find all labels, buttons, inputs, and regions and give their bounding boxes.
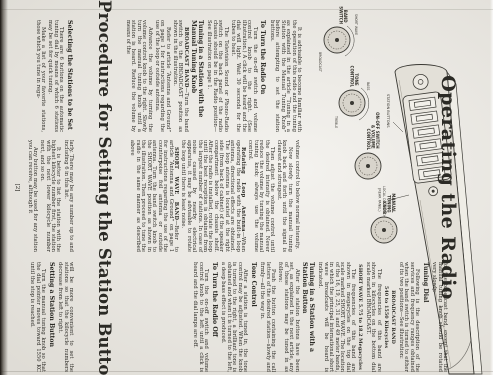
centered-line: BROADCAST BAND — [390, 262, 396, 372]
band-arc-lower-label: BROADCAST — [318, 52, 322, 72]
paragraph: will be more convenient to set the stati… — [57, 262, 73, 372]
station-buttons-leader — [393, 122, 403, 132]
paragraph: Now slowly turn the manual tuning knob b… — [276, 140, 292, 252]
paragraph: The frequencies of this band are shown i… — [317, 262, 355, 372]
paragraph: Refer to article “Antenna and Ground” on… — [153, 20, 169, 132]
paragraph: After a station is tuned in, the tone co… — [220, 262, 247, 372]
paragraph: Following is the description of the serv… — [397, 262, 419, 372]
column-3-bottom: will be more convenient to set the stati… — [27, 262, 73, 372]
sub-heading: Tuning in a Station with a Station Butto… — [300, 262, 314, 372]
sub-heading: Tuning in a Station with the Manual Tuni… — [189, 20, 203, 132]
paragraph: Make a list of your favorite stations, t… — [35, 20, 46, 132]
paragraph: volume control to below normal intensity… — [294, 140, 299, 252]
band-switch-knob: SHORT WAVE BROADCAST BAND SWITCH — [318, 6, 358, 72]
column-1-top: It is advisable to become familiar with … — [123, 20, 301, 132]
band-arc-upper-label: SHORT WAVE — [354, 14, 358, 35]
paragraph: Turn the on-off switch and volume contro… — [229, 20, 256, 132]
paragraph: Rotating Loop Antenna—When operating the… — [180, 140, 245, 252]
paragraph: It is better to list the station with th… — [39, 140, 61, 252]
on-off-volume-knob: ON-OFF SWITCH & VOLUME CONTROL — [355, 112, 381, 179]
paragraph: Then adjust the volume control until the… — [247, 140, 274, 252]
manual-page: STATION BUTTONS 540-108 LOCAL DX SWITCH … — [0, 0, 493, 375]
paragraph: Advance the volume by turning the volume… — [124, 20, 151, 132]
on-off-volume-label: ON-OFF SWITCH & VOLUME CONTROL — [366, 112, 380, 150]
paragraph: Turn the manual tuning knob so that the … — [29, 262, 45, 372]
screenshot: STATION BUTTONS 540-108 LOCAL DX SWITCH … — [0, 0, 493, 375]
centered-line: 540 to 1550 Kilocycles — [382, 262, 388, 372]
paragraph: The frequencies of this band are shown i… — [364, 262, 380, 372]
paragraph: for the broadcast band, except that the … — [431, 262, 447, 372]
tone-control-knob: BASS TREBLE TONE CONTROL — [334, 66, 370, 129]
sub-heading: Selecting the Stations to be Set — [65, 20, 72, 132]
local-dx-leader — [389, 195, 409, 200]
centered-line: SHORT WAVE 5.75 to 18.2 Megacycles — [357, 262, 363, 372]
tone-arc-left-label: BASS — [366, 82, 370, 90]
paragraph: The Television Sound or Phono-Radio swit… — [206, 20, 228, 132]
local-dx-label: LOCAL DX SWITCH — [382, 186, 386, 218]
sub-heading: Tone Control — [249, 262, 256, 372]
column-2-bottom: larly. There may be any number up to and… — [25, 140, 73, 252]
paragraph: BROADCAST BAND—Turn the band switch to t… — [171, 20, 187, 132]
paragraph: Any button may be used for any station y… — [26, 140, 37, 252]
figure-code: 540-108 — [370, 162, 374, 174]
paragraph: larly. There may be any number up to and… — [62, 140, 73, 252]
sub-heading: To Turn the Radio Off — [210, 262, 217, 372]
manual-tuning-knob: MANUAL TUNING KNOB — [371, 193, 397, 243]
local-dx-switch-dot — [431, 190, 434, 193]
sub-heading: Tuning Dial — [421, 262, 428, 372]
column-2-top: volume control to below normal intensity… — [127, 140, 299, 252]
column-1-bottom: Selecting the Stations to be SetThere ar… — [33, 20, 75, 132]
paragraph: It is advisable to become familiar with … — [268, 20, 301, 132]
page-bottom-edge — [0, 0, 8, 375]
page-left-edge-line — [0, 9, 493, 10]
station-buttons-label: STATION BUTTONS — [386, 94, 390, 128]
tone-arc-right-label: TREBLE — [334, 115, 338, 128]
rear-panel-label: (REAR PANEL) — [378, 188, 382, 212]
sub-heading: Setting a Station Button — [47, 262, 54, 372]
column-3-top: for the broadcast band, except that the … — [190, 262, 447, 372]
manual-tuning-label: MANUAL TUNING KNOB — [382, 193, 396, 214]
paragraph: Push the button containing the call lett… — [259, 262, 275, 372]
page-right-edge-line — [0, 371, 493, 372]
paragraph: Turn the on-off switch and volume contro… — [192, 262, 208, 372]
paragraph: There are 6 buttons on the automatic tun… — [47, 20, 63, 132]
dial-opening — [412, 73, 429, 90]
sub-heading: To Turn the Radio On — [258, 20, 265, 132]
paragraph: SHORT WAVE BAND—Refer to article “Antenn… — [129, 140, 178, 252]
tone-control-label: TONE CONTROL — [349, 66, 359, 88]
section-heading: Procedure for Setting the Station Button… — [95, 0, 114, 375]
dial-opening-center — [418, 79, 423, 84]
paragraph: After the station buttons have been set,… — [277, 262, 299, 372]
page-number: [2] — [14, 0, 20, 375]
